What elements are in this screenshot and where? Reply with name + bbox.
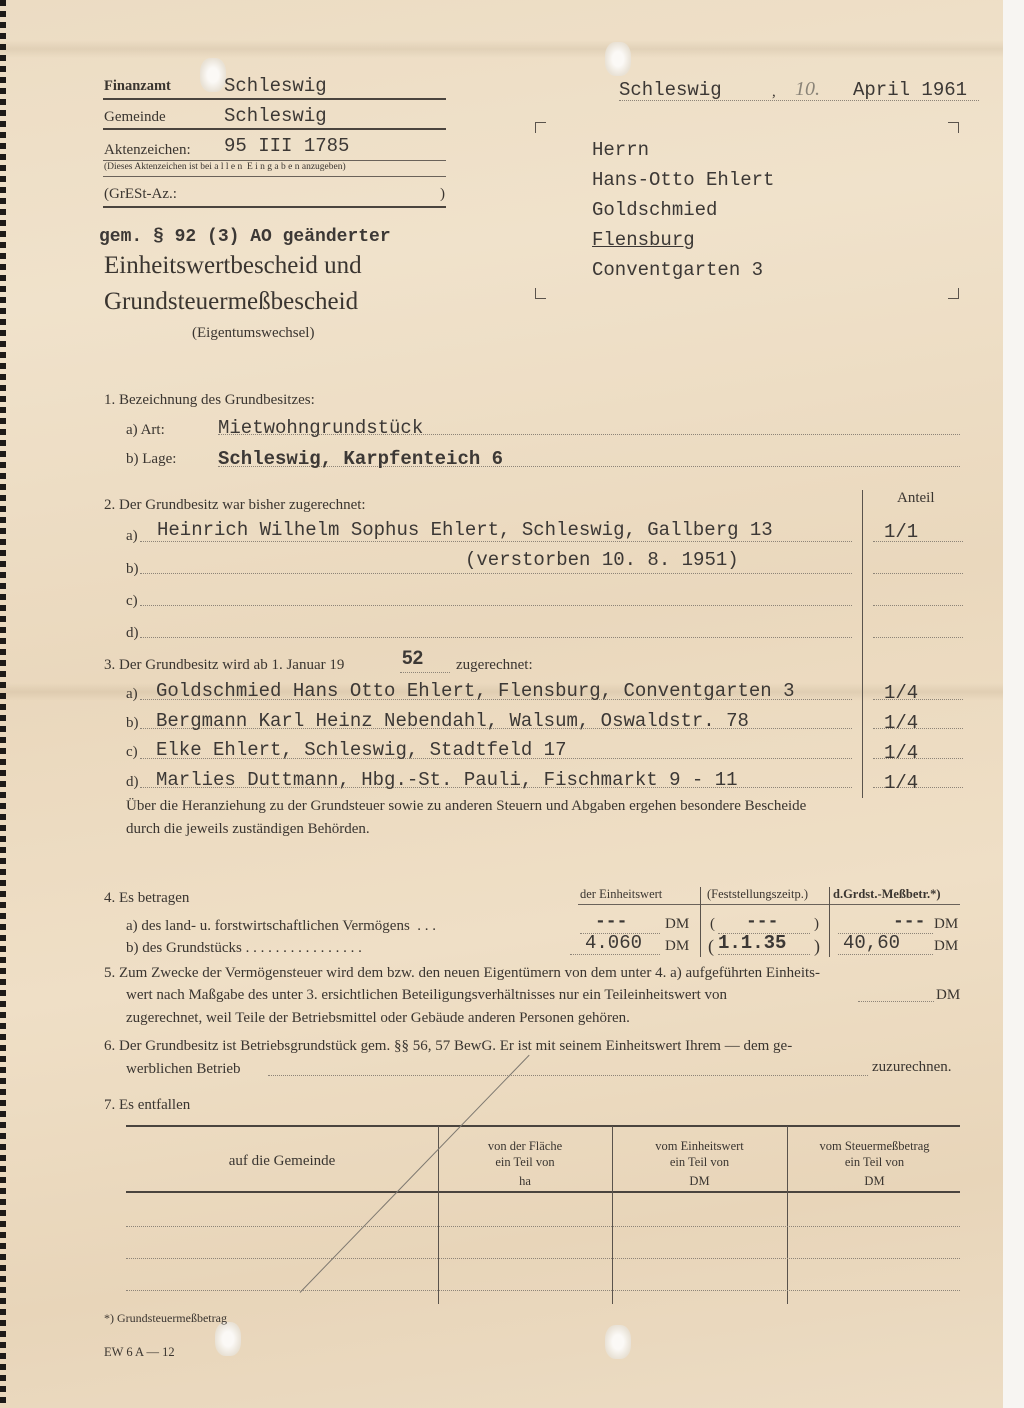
address-corner bbox=[948, 288, 959, 299]
section-text: 6. Der Grundbesitz ist Betriebsgrundstüc… bbox=[104, 1038, 792, 1055]
address-line: Herrn bbox=[592, 139, 649, 161]
footnote: *) Grundsteuermeßbetrag bbox=[104, 1311, 227, 1326]
dotted-line bbox=[268, 1075, 868, 1076]
unit-dm: DM bbox=[665, 938, 689, 955]
divider bbox=[578, 904, 960, 905]
header-unit: ha bbox=[438, 1173, 612, 1189]
grest-label: (GrESt-Az.: bbox=[104, 186, 177, 203]
finanzamt-label: Finanzamt bbox=[104, 78, 171, 95]
header-unit: DM bbox=[787, 1173, 962, 1189]
header-text: ein Teil von bbox=[787, 1154, 962, 1170]
feststellung-a: --- bbox=[746, 912, 778, 932]
art-label: a) Art: bbox=[126, 422, 165, 439]
gemeinde-value: Schleswig bbox=[224, 105, 327, 127]
divider bbox=[103, 176, 446, 177]
dotted-line bbox=[718, 954, 810, 955]
feststellung-b: 1.1.35 bbox=[718, 932, 786, 954]
section-heading: 1. Bezeichnung des Grundbesitzes: bbox=[104, 392, 315, 409]
dotted-line bbox=[570, 954, 660, 955]
address-corner bbox=[535, 122, 546, 133]
aktenzeichen-value: 95 III 1785 bbox=[224, 135, 349, 157]
punch-hole bbox=[215, 1322, 241, 1356]
row-letter: a) bbox=[126, 528, 138, 545]
table-top-border bbox=[126, 1125, 960, 1127]
previous-owner-value: Heinrich Wilhelm Sophus Ehlert, Schleswi… bbox=[157, 519, 773, 541]
paper-fold bbox=[0, 40, 1003, 58]
section-text: zugerechnet, weil Teile der Betriebsmitt… bbox=[126, 1010, 630, 1027]
unit-dm: DM bbox=[936, 987, 960, 1004]
row-b-label: b) des Grundstücks . . . . . . . . . . .… bbox=[126, 940, 362, 957]
table-header-messbetrag: vom Steuermeßbetrag ein Teil von DM bbox=[787, 1138, 962, 1189]
art-value: Mietwohngrundstück bbox=[218, 417, 423, 439]
row-letter: d) bbox=[126, 774, 139, 791]
divider bbox=[103, 98, 446, 100]
address-line: Hans-Otto Ehlert bbox=[592, 169, 774, 191]
section-heading: 3. Der Grundbesitz wird ab 1. Januar 19 bbox=[104, 657, 344, 674]
date-place: Schleswig bbox=[619, 79, 722, 101]
grest-close: ) bbox=[440, 186, 445, 203]
aktenzeichen-note: (Dieses Aktenzeichen ist bei a l l e n E… bbox=[104, 162, 346, 172]
dotted-line bbox=[400, 672, 450, 673]
title-line2: Einheitswertbescheid und bbox=[104, 252, 362, 280]
share-value: 1/4 bbox=[884, 772, 918, 794]
new-owner-value: Elke Ehlert, Schleswig, Stadtfeld 17 bbox=[156, 739, 566, 761]
dotted-line bbox=[140, 541, 852, 542]
column-divider bbox=[700, 887, 701, 957]
header-text: ein Teil von bbox=[438, 1154, 612, 1170]
paren: ( bbox=[710, 916, 715, 933]
title-line3: Grundsteuermeßbescheid bbox=[104, 288, 358, 316]
anteil-column-divider bbox=[862, 490, 863, 798]
section-heading: 7. Es entfallen bbox=[104, 1097, 190, 1114]
section-text: werblichen Betrieb bbox=[126, 1061, 241, 1078]
header-text: ein Teil von bbox=[612, 1154, 787, 1170]
divider bbox=[103, 160, 446, 161]
punch-hole bbox=[605, 42, 631, 76]
section-heading-end: zugerechnet: bbox=[456, 657, 533, 674]
section-heading: 2. Der Grundbesitz war bisher zugerechne… bbox=[104, 497, 366, 514]
punch-hole bbox=[200, 58, 226, 92]
share-value: 1/4 bbox=[884, 682, 918, 704]
einheitswert-b: 4.060 bbox=[585, 932, 642, 954]
dotted-line bbox=[858, 1001, 934, 1002]
paren: ) bbox=[814, 936, 820, 957]
row-a-label: a) des land- u. forstwirtschaftlichen Ve… bbox=[126, 918, 436, 935]
section-text: zuzurechnen. bbox=[872, 1059, 952, 1076]
aktenzeichen-label: Aktenzeichen: bbox=[104, 142, 191, 159]
column-divider bbox=[829, 887, 830, 957]
dotted-line bbox=[873, 605, 963, 606]
divider bbox=[103, 128, 446, 130]
col-messbetrag: d.Grdst.-Meßbetr.*) bbox=[833, 887, 941, 902]
dotted-line bbox=[873, 573, 963, 574]
divider bbox=[103, 206, 446, 208]
previous-owner-value: (verstorben 10. 8. 1951) bbox=[465, 549, 739, 571]
lage-value: Schleswig, Karpfenteich 6 bbox=[218, 448, 503, 470]
row-letter: b) bbox=[126, 561, 139, 578]
unit-dm: DM bbox=[665, 916, 689, 933]
unit-dm: DM bbox=[934, 916, 958, 933]
header-text: von der Fläche bbox=[438, 1138, 612, 1154]
table-header-border bbox=[126, 1191, 960, 1193]
section-heading: 4. Es betragen bbox=[104, 890, 189, 907]
einheitswert-a: --- bbox=[595, 912, 627, 932]
address-line: Goldschmied bbox=[592, 199, 717, 221]
date-month-year: April 1961 bbox=[853, 79, 967, 101]
new-owner-value: Bergmann Karl Heinz Nebendahl, Walsum, O… bbox=[156, 710, 749, 732]
note-text: durch die jeweils zuständigen Behörden. bbox=[126, 821, 370, 838]
finanzamt-value: Schleswig bbox=[224, 75, 327, 97]
table-header-flaeche: von der Fläche ein Teil von ha bbox=[438, 1138, 612, 1189]
table-header-einheitswert: vom Einheitswert ein Teil von DM bbox=[612, 1138, 787, 1189]
unit-dm: DM bbox=[934, 938, 958, 955]
dotted-line bbox=[873, 637, 963, 638]
table-row bbox=[126, 1226, 960, 1227]
new-owner-value: Marlies Duttmann, Hbg.-St. Pauli, Fischm… bbox=[156, 769, 738, 791]
section-text: wert nach Maßgabe des unter 3. ersichtli… bbox=[126, 987, 727, 1004]
dotted-line bbox=[838, 954, 933, 955]
header-unit: DM bbox=[612, 1173, 787, 1189]
messbetrag-b: 40,60 bbox=[843, 932, 900, 954]
row-letter: d) bbox=[126, 625, 139, 642]
paren: ( bbox=[708, 936, 714, 957]
dotted-line bbox=[140, 605, 852, 606]
title-subtitle: (Eigentumswechsel) bbox=[192, 325, 314, 342]
address-line: Conventgarten 3 bbox=[592, 259, 763, 281]
anteil-header: Anteil bbox=[897, 490, 935, 507]
address-corner bbox=[948, 122, 959, 133]
address-corner bbox=[535, 288, 546, 299]
messbetrag-a: --- bbox=[893, 912, 925, 932]
share-value: 1/4 bbox=[884, 712, 918, 734]
lage-label: b) Lage: bbox=[126, 451, 176, 468]
row-letter: b) bbox=[126, 715, 139, 732]
col-feststellung: (Feststellungszeitp.) bbox=[707, 887, 808, 902]
col-einheitswert: der Einheitswert bbox=[580, 887, 662, 902]
col-header-text: der Einheitswert bbox=[580, 887, 662, 901]
row-letter: c) bbox=[126, 593, 138, 610]
row-letter: a) bbox=[126, 686, 138, 703]
share-value: 1/4 bbox=[884, 742, 918, 764]
row-letter: c) bbox=[126, 744, 138, 761]
title-line1: gem. § 92 (3) AO geänderter bbox=[99, 227, 391, 247]
date-day: 10. bbox=[795, 78, 820, 101]
table-row bbox=[126, 1290, 960, 1291]
dotted-line bbox=[140, 637, 852, 638]
table-header-gemeinde: auf die Gemeinde bbox=[126, 1153, 438, 1169]
paren: ) bbox=[814, 916, 819, 933]
document-paper bbox=[0, 0, 1003, 1408]
punch-hole bbox=[605, 1325, 631, 1359]
dotted-line bbox=[140, 573, 852, 574]
address-line: Flensburg bbox=[592, 229, 695, 251]
new-owner-value: Goldschmied Hans Otto Ehlert, Flensburg,… bbox=[156, 680, 795, 702]
table-row bbox=[126, 1258, 960, 1259]
form-code: EW 6 A — 12 bbox=[104, 1345, 175, 1360]
year-value: 52 bbox=[402, 648, 423, 670]
header-text: auf die Gemeinde bbox=[229, 1153, 336, 1169]
section-text: 5. Zum Zwecke der Vermögensteuer wird de… bbox=[104, 965, 820, 982]
header-text: vom Steuermeßbetrag bbox=[787, 1138, 962, 1154]
share-value: 1/1 bbox=[884, 521, 918, 543]
gemeinde-label: Gemeinde bbox=[104, 109, 166, 126]
date-separator: , bbox=[772, 84, 776, 101]
perforated-edge bbox=[0, 0, 6, 1408]
note-text: Über die Heranziehung zu der Grundsteuer… bbox=[126, 798, 806, 815]
header-text: vom Einheitswert bbox=[612, 1138, 787, 1154]
